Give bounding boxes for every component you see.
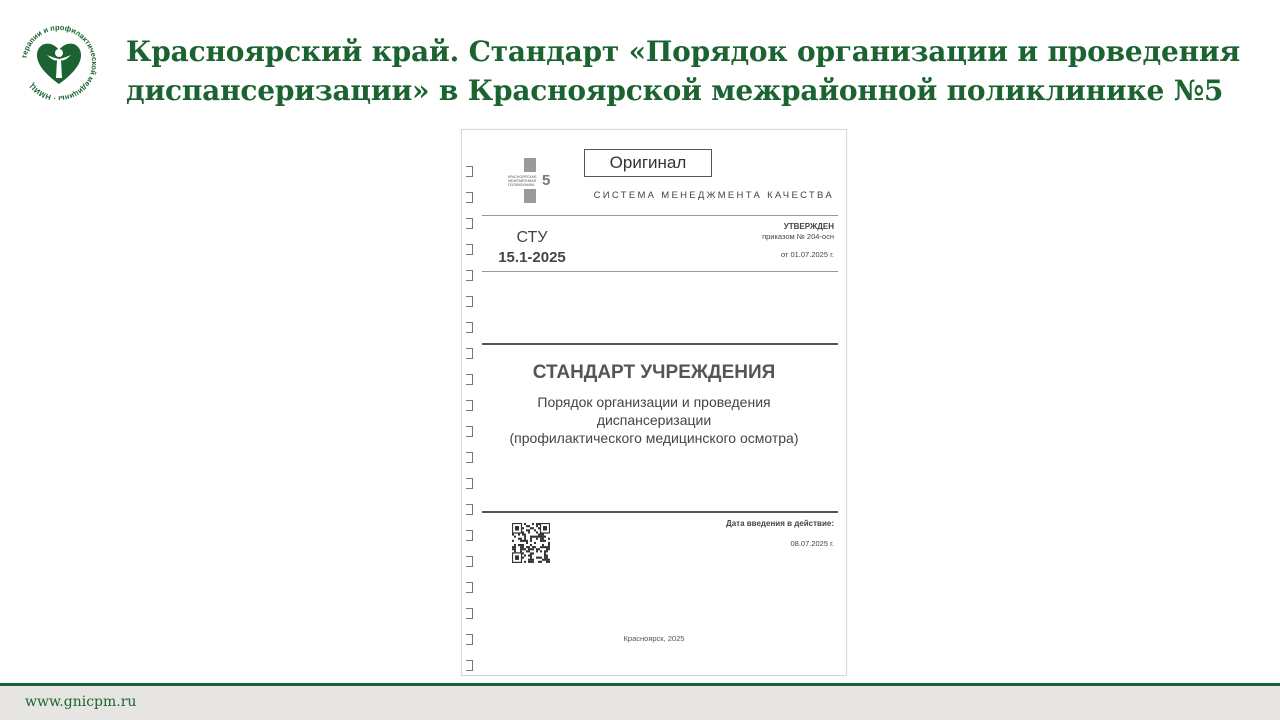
nmic-logo: терапии и профилактической медицины · НМ… — [18, 22, 100, 104]
spiral-ring — [466, 296, 473, 307]
approval-block: УТВЕРЖДЕН приказом № 204-осн от 01.07.20… — [762, 222, 834, 260]
effective-date-block: Дата введения в действие: 08.07.2025 г. — [726, 519, 834, 548]
spiral-ring — [466, 608, 473, 619]
nmic-emblem-icon: терапии и профилактической медицины · НМ… — [18, 22, 100, 104]
slide-title: Красноярский край. Стандарт «Порядок орг… — [126, 32, 1266, 110]
subtitle-line: Порядок организации и проведения — [462, 393, 846, 411]
org-logo-number: 5 — [542, 172, 550, 189]
original-stamp: Оригинал — [584, 149, 712, 177]
spiral-ring — [466, 582, 473, 593]
slide-title-line-2: диспансеризации» в Красноярской межрайон… — [126, 71, 1266, 110]
spiral-ring — [466, 504, 473, 515]
spiral-ring — [466, 270, 473, 281]
spiral-ring — [466, 556, 473, 567]
code-line-1: СТУ — [492, 228, 572, 248]
website-url[interactable]: www.gnicpm.ru — [25, 694, 136, 710]
standard-title: СТАНДАРТ УЧРЕЖДЕНИЯ — [462, 362, 846, 384]
standard-subtitle: Порядок организации и проведения диспанс… — [462, 393, 846, 447]
subtitle-line: (профилактического медицинского осмотра) — [462, 429, 846, 447]
approved-date: от 01.07.2025 г. — [762, 250, 834, 260]
effective-date: 08.07.2025 г. — [726, 539, 834, 548]
spiral-ring — [466, 166, 473, 177]
divider-thick — [482, 343, 838, 345]
approved-order: приказом № 204-осн — [762, 232, 834, 242]
spiral-ring — [466, 452, 473, 463]
effective-label: Дата введения в действие: — [726, 519, 834, 528]
subtitle-line: диспансеризации — [462, 411, 846, 429]
qr-code-icon — [512, 523, 550, 563]
spiral-ring — [466, 348, 473, 359]
divider — [482, 271, 838, 272]
footer: www.gnicpm.ru — [0, 686, 1280, 720]
divider-thick — [482, 511, 838, 513]
spiral-ring — [466, 218, 473, 229]
spiral-ring — [466, 478, 473, 489]
logo-cross-top-icon — [524, 158, 536, 172]
city-year: Красноярск, 2025 — [462, 634, 846, 643]
document-scan: КРАСНОЯРСКАЯ МЕЖРАЙОННАЯ ПОЛИКЛИНИКА 5 О… — [461, 129, 847, 676]
spiral-ring — [466, 530, 473, 541]
org-logo: КРАСНОЯРСКАЯ МЕЖРАЙОННАЯ ПОЛИКЛИНИКА 5 — [508, 158, 556, 206]
spiral-ring — [466, 660, 473, 671]
logo-cross-bottom-icon — [524, 189, 536, 203]
spiral-ring — [466, 244, 473, 255]
quality-system-label: СИСТЕМА МЕНЕДЖМЕНТА КАЧЕСТВА — [594, 190, 834, 201]
approved-title: УТВЕРЖДЕН — [762, 222, 834, 232]
standard-code: СТУ 15.1-2025 — [492, 228, 572, 268]
spiral-ring — [466, 322, 473, 333]
code-line-2: 15.1-2025 — [492, 248, 572, 268]
divider — [482, 215, 838, 216]
slide-title-line-1: Красноярский край. Стандарт «Порядок орг… — [126, 32, 1266, 71]
spiral-ring — [466, 192, 473, 203]
org-logo-text: КРАСНОЯРСКАЯ МЕЖРАЙОННАЯ ПОЛИКЛИНИКА — [508, 175, 536, 187]
